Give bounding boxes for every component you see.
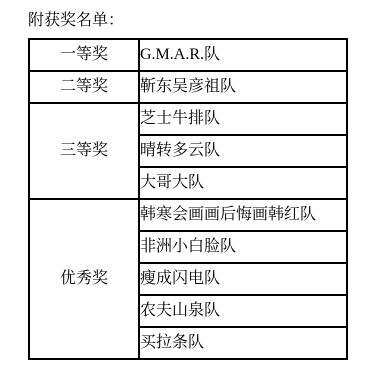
team-cell: 芝士牛排队	[139, 103, 347, 135]
table-row: 二等奖 靳东吴彦祖队	[29, 71, 347, 103]
team-cell: G.M.A.R.队	[139, 39, 347, 71]
team-cell: 靳东吴彦祖队	[139, 71, 347, 103]
page-title: 附获奖名单：	[28, 12, 376, 30]
team-cell: 晴转多云队	[139, 135, 347, 167]
award-cell-excellence-prize: 优秀奖	[29, 199, 139, 359]
award-cell-third-prize: 三等奖	[29, 103, 139, 199]
table-row: 一等奖 G.M.A.R.队	[29, 39, 347, 71]
award-cell-first-prize: 一等奖	[29, 39, 139, 71]
team-cell: 农夫山泉队	[139, 295, 347, 327]
team-cell: 瘦成闪电队	[139, 263, 347, 295]
awards-table: 一等奖 G.M.A.R.队 二等奖 靳东吴彦祖队 三等奖 芝士牛排队 晴转多云队…	[28, 38, 348, 360]
team-cell: 非洲小白脸队	[139, 231, 347, 263]
table-row: 三等奖 芝士牛排队	[29, 103, 347, 135]
award-cell-second-prize: 二等奖	[29, 71, 139, 103]
team-cell: 买拉条队	[139, 327, 347, 359]
document-page: 附获奖名单： 一等奖 G.M.A.R.队 二等奖 靳东吴彦祖队 三等奖 芝士牛排…	[0, 0, 376, 376]
team-cell: 大哥大队	[139, 167, 347, 199]
table-row: 优秀奖 韩寒会画画后悔画韩红队	[29, 199, 347, 231]
team-cell: 韩寒会画画后悔画韩红队	[139, 199, 347, 231]
